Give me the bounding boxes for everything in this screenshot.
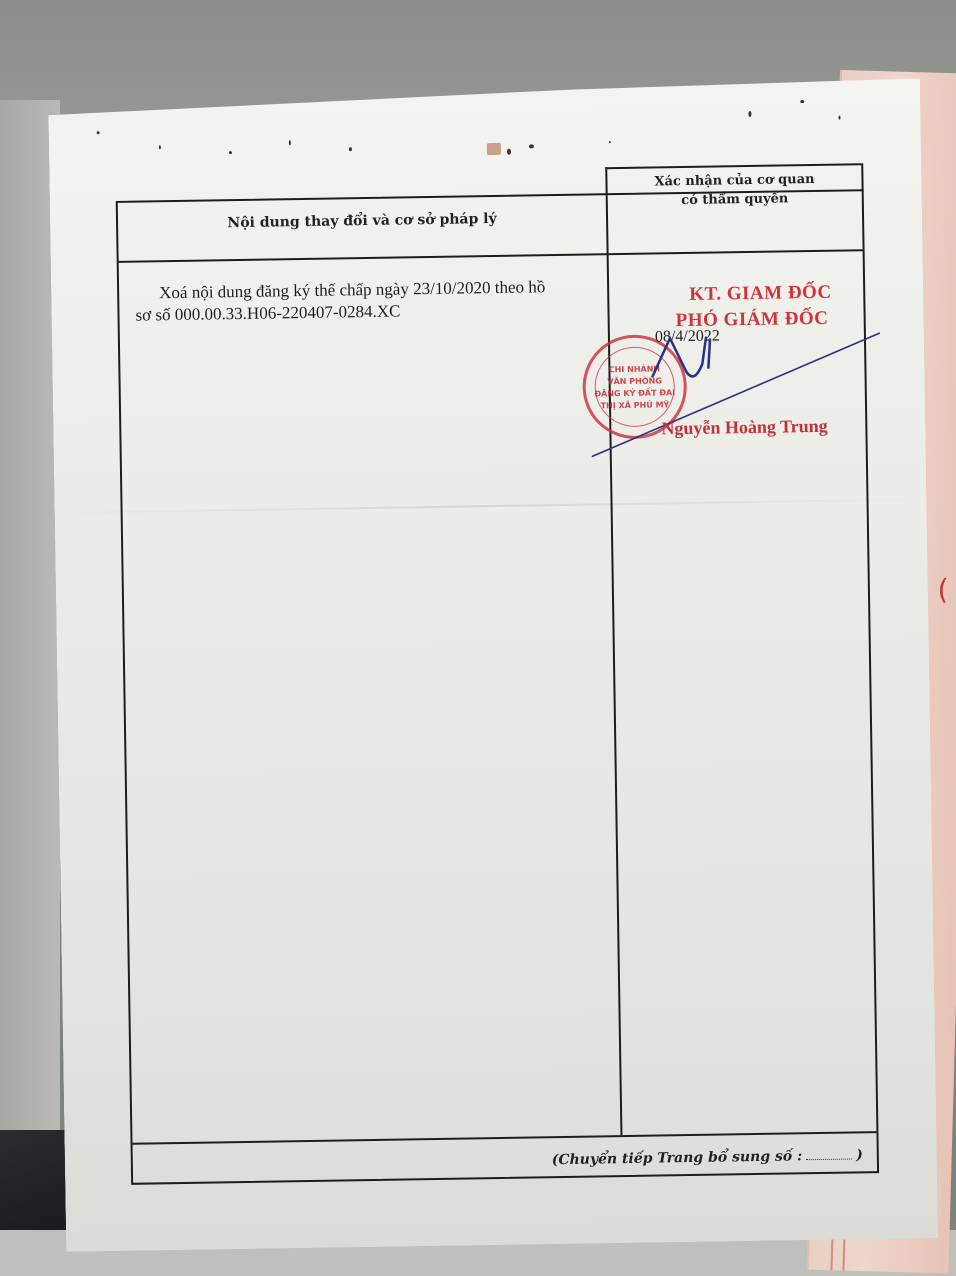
stain bbox=[289, 140, 291, 145]
page-number-blank bbox=[806, 1158, 852, 1160]
stain bbox=[529, 144, 534, 148]
amendment-entry: Xoá nội dung đăng ký thế chấp ngày 23/10… bbox=[135, 275, 606, 326]
stain bbox=[229, 151, 232, 154]
signer-name: Nguyễn Hoàng Trung bbox=[661, 416, 828, 440]
stain bbox=[748, 111, 751, 117]
header-line: có thẩm quyền bbox=[608, 188, 862, 211]
footer-divider bbox=[133, 1131, 877, 1145]
stain bbox=[800, 100, 804, 103]
column-header-changes: Nội dung thay đổi và cơ sở pháp lý bbox=[118, 209, 606, 233]
header-divider bbox=[119, 249, 863, 263]
stain bbox=[838, 116, 840, 120]
stain bbox=[159, 145, 161, 149]
stain bbox=[609, 141, 611, 143]
stain bbox=[349, 147, 352, 151]
tape-mark bbox=[487, 143, 501, 155]
signer-role: KT. GIAM ĐỐC bbox=[689, 282, 832, 306]
column-header-confirmation: Xác nhận của cơ quan có thẩm quyền bbox=[607, 169, 862, 211]
continuation-note: (Chuyển tiếp Trang bổ sung số :) bbox=[552, 1147, 863, 1168]
stain bbox=[97, 131, 100, 134]
table-border bbox=[605, 163, 861, 169]
signature-icon bbox=[590, 321, 892, 476]
document-page: Nội dung thay đổi và cơ sở pháp lý Xác n… bbox=[48, 78, 938, 1252]
stain bbox=[507, 149, 511, 155]
amendment-table: Nội dung thay đổi và cơ sở pháp lý Xác n… bbox=[116, 189, 879, 1185]
partial-letter: ( bbox=[937, 573, 949, 606]
